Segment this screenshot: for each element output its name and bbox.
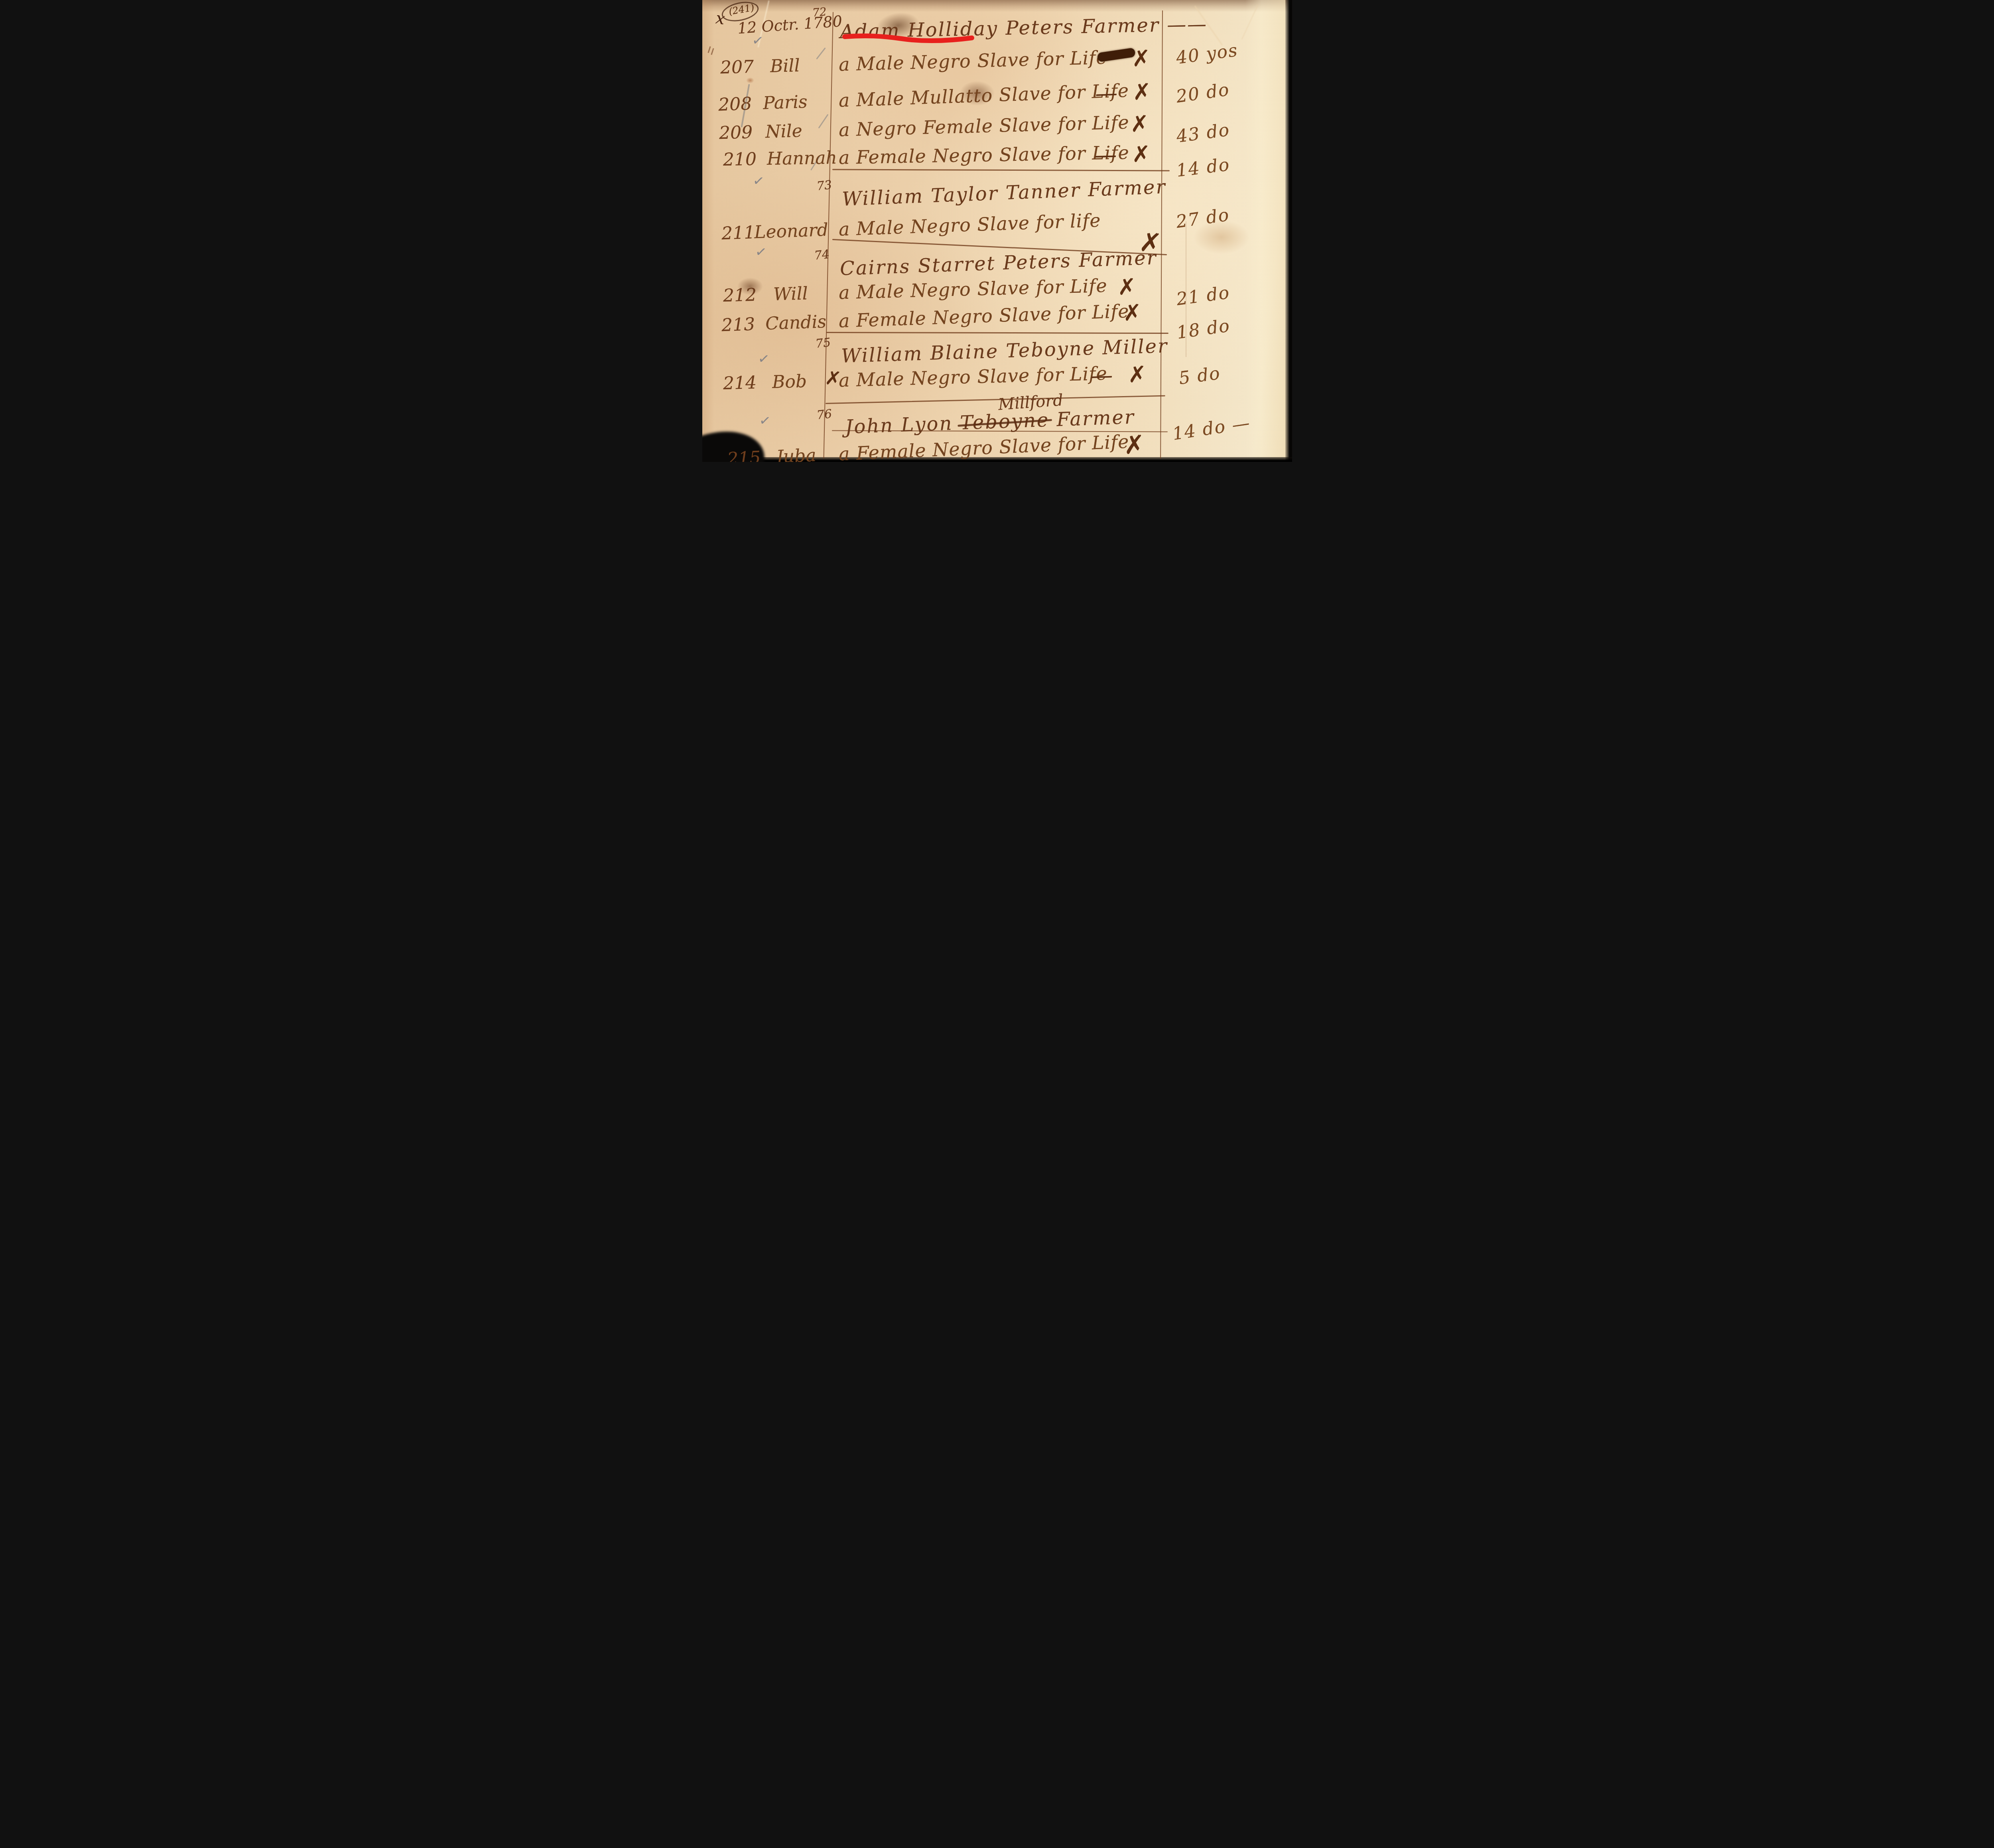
description-cell: a Negro Female Slave for Life ✗ <box>836 110 1158 144</box>
slave-name: Bill <box>770 55 800 77</box>
red-underline-annotation <box>842 34 977 44</box>
crease-line <box>1241 5 1258 39</box>
cross-mark: — ✗ <box>1094 79 1155 107</box>
margin-check-mark: ✓ <box>758 412 772 430</box>
entry-number-73: 73 <box>816 178 833 193</box>
description-cell: a Male Negro Slave for Life — ✗ <box>836 361 1158 394</box>
slave-name: Juba <box>776 445 817 462</box>
stamp-strike-mark: x <box>714 9 726 29</box>
slave-name: Will <box>773 283 808 304</box>
margin-check-mark: ✓ <box>751 32 764 49</box>
description-text: a Male Negro Slave for Life <box>838 363 1107 391</box>
ledger-row-211: 211 Leonard a Male Negro Slave for life … <box>702 203 1292 249</box>
slave-name: Leonard <box>754 220 828 243</box>
entry-number-76: 76 <box>816 407 833 422</box>
cross-mark: ✗ <box>1123 430 1149 460</box>
slave-name: Paris <box>763 92 808 114</box>
cross-mark: — ✗ <box>1094 141 1155 168</box>
owner-line-73: William Taylor Tanner Farmer <box>841 176 1166 210</box>
age-value: 5 do <box>1178 363 1222 389</box>
cross-mark: ✗ <box>1122 300 1146 326</box>
description-text: a Male Mullatto Slave for Life <box>838 79 1129 111</box>
entry-number: 208 <box>718 94 752 115</box>
age-value: 14 do <box>1175 154 1231 181</box>
cross-mark: ✗ <box>1130 111 1153 137</box>
age-value: 40 yos <box>1174 40 1239 68</box>
description-cell: a Male Negro Slave for life <box>836 207 1158 243</box>
ledger-row-214: 214 Bob ✗ a Male Negro Slave for Life — … <box>702 359 1292 399</box>
struck-out-word: Teboyne <box>960 409 1050 434</box>
description-cell: a Male Negro Slave for Life ✗ <box>836 45 1158 78</box>
margin-check-mark: ✓ <box>754 243 768 261</box>
margin-check-mark: ✓ <box>752 172 765 190</box>
entry-number: 210 <box>723 149 757 170</box>
entry-number: 214 <box>723 373 757 394</box>
entry-number-75: 75 <box>815 335 831 351</box>
entry-number-74: 74 <box>814 247 830 263</box>
slave-name: Candis <box>765 312 827 334</box>
ink-tick <box>707 46 711 53</box>
table-rule-h-under-214 <box>825 395 1165 404</box>
right-black-band <box>1285 0 1292 462</box>
cross-mark: ✗ <box>1117 274 1141 300</box>
age-value: 27 do <box>1174 205 1230 232</box>
entry-number: 209 <box>719 122 753 143</box>
entry-number: 207 <box>720 57 754 78</box>
top-edge-shadow <box>702 0 1292 12</box>
description-text: a Male Negro Slave for life <box>838 209 1101 240</box>
description-text: a Male Negro Slave for Life <box>838 47 1107 75</box>
slave-name: Bob <box>772 371 807 392</box>
entry-number: 212 <box>723 285 757 306</box>
age-value: 14 do — <box>1171 412 1251 444</box>
owner-occupation-part: Farmer <box>1049 406 1135 431</box>
entry-number: 213 <box>721 314 755 335</box>
cross-mark: ✗ <box>1131 45 1155 72</box>
description-text: a Female Negro Slave for Life <box>838 142 1129 168</box>
entry-number: 215 <box>727 448 761 462</box>
entry-number: 211 <box>721 222 755 244</box>
slave-name: Nile <box>765 121 802 142</box>
age-value: 18 do <box>1175 316 1231 343</box>
right-page-edge <box>1245 0 1285 462</box>
margin-check-mark: ✓ <box>757 350 770 368</box>
description-text: a Negro Female Slave for Life <box>838 111 1129 140</box>
description-text: a Male Negro Slave for Life <box>838 275 1107 304</box>
description-cell: a Male Mullatto Slave for Life — ✗ <box>836 79 1158 114</box>
age-value: 20 do <box>1175 79 1231 107</box>
slave-name: Hannah <box>766 148 837 169</box>
owner-name-part: John Lyon <box>845 412 960 438</box>
description-cell: a Female Negro Slave for Life — ✗ <box>836 141 1158 172</box>
ledger-page-photo: x (241) 12 Octr. 1780 72 Adam Holliday P… <box>702 0 1292 462</box>
entry-number-72: 72 <box>812 5 827 20</box>
cross-mark: — ✗ <box>1090 361 1151 389</box>
ledger-row-207: 207 Bill a Male Negro Slave for Life ✗ 4… <box>702 43 1292 83</box>
